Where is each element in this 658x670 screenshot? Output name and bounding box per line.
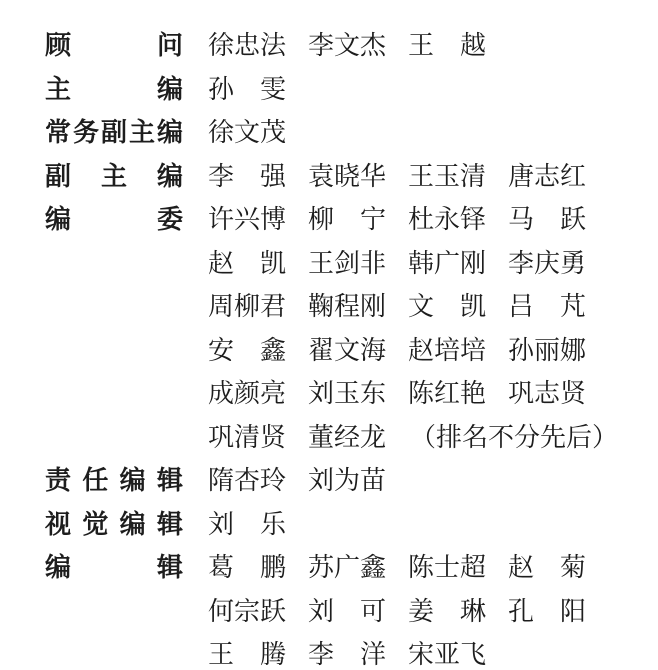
board-row: 周柳君鞠程刚文凯吕芃	[45, 283, 658, 327]
person-name: 唐志红	[508, 156, 586, 193]
role-label-char: 责	[45, 460, 71, 497]
board-row: 常务副主编徐文茂	[45, 109, 658, 153]
person-name-char: 兴	[234, 199, 260, 236]
role-label-char: 副	[45, 156, 71, 193]
person-name-char: 鑫	[360, 547, 386, 584]
role-label: 副主编	[45, 156, 183, 193]
person-name-char: 君	[260, 286, 286, 323]
role-label-char: 主	[101, 156, 127, 193]
person-name: 巩志贤	[508, 373, 586, 410]
role-label-char: 副	[101, 112, 127, 149]
person-name-char: 吕	[508, 286, 534, 323]
person-name-char: 颜	[234, 373, 260, 410]
person-name-char: 李	[308, 25, 334, 62]
role-label: 编辑	[45, 547, 183, 584]
person-name-char: 阳	[560, 591, 586, 628]
person-name-char: 志	[534, 373, 560, 410]
person-name-char: 博	[260, 199, 286, 236]
person-name-char: 凯	[460, 286, 486, 323]
person-name: 许兴博	[208, 199, 286, 236]
person-name: 赵培培	[408, 330, 486, 367]
person-name-char: 龙	[360, 417, 386, 454]
person-name-char: 孙	[508, 330, 534, 367]
person-name-char: 贤	[260, 417, 286, 454]
person-name: 姜琳	[408, 591, 486, 628]
person-name-char: 杏	[234, 460, 260, 497]
person-name-char: 洋	[360, 634, 386, 670]
person-name-char: 鹏	[260, 547, 286, 584]
role-label-char: 任	[82, 460, 108, 497]
person-name: 隋杏玲	[208, 460, 286, 497]
person-name-char: 茂	[260, 112, 286, 149]
person-name-char: 丽	[534, 330, 560, 367]
role-label-char: 主	[45, 69, 71, 106]
board-row: 编辑葛鹏苏广鑫陈士超赵菊	[45, 544, 658, 588]
person-name-char: 飞	[460, 634, 486, 670]
role-label-char: 编	[157, 69, 183, 106]
person-name: 巩清贤	[208, 417, 286, 454]
person-name-char: 芃	[560, 286, 586, 323]
person-name-char: 玉	[334, 373, 360, 410]
person-name: 李庆勇	[508, 243, 586, 280]
person-name-char: 宗	[234, 591, 260, 628]
role-label-char: 编	[157, 112, 183, 149]
person-name-char: 李	[508, 243, 534, 280]
person-name: 王剑非	[308, 243, 386, 280]
person-name: 王玉清	[408, 156, 486, 193]
names-list: 赵凯王剑非韩广刚李庆勇	[208, 243, 586, 280]
board-row: 编委许兴博柳宁杜永铎马跃	[45, 196, 658, 240]
person-name: 刘可	[308, 591, 386, 628]
person-name: 徐文茂	[208, 112, 286, 149]
person-name-char: 柳	[234, 286, 260, 323]
person-name-char: 越	[460, 25, 486, 62]
person-name: 李强	[208, 156, 286, 193]
editorial-board-page: { "page": { "background": "#ffffff", "te…	[0, 0, 658, 670]
person-name-char: 凯	[260, 243, 286, 280]
person-name-char: 文	[408, 286, 434, 323]
person-name: 葛鹏	[208, 547, 286, 584]
names-list: 王腾李洋宋亚飞	[208, 634, 486, 670]
person-name-char: 王	[408, 25, 434, 62]
person-name: 刘玉东	[308, 373, 386, 410]
names-list: 李强袁晓华王玉清唐志红	[208, 156, 586, 193]
names-list: 周柳君鞠程刚文凯吕芃	[208, 286, 586, 323]
person-name: 王腾	[208, 634, 286, 670]
person-name-char: 晓	[334, 156, 360, 193]
person-name-char: 清	[234, 417, 260, 454]
board-row: 何宗跃刘可姜琳孔阳	[45, 588, 658, 632]
person-name-char: 乐	[260, 504, 286, 541]
names-list: 孙雯	[208, 69, 286, 106]
person-name-char: 刚	[360, 286, 386, 323]
person-name-char: 经	[334, 417, 360, 454]
person-name-char: 红	[434, 373, 460, 410]
role-label: 编委	[45, 199, 183, 236]
person-name: 刘为苗	[308, 460, 386, 497]
ranking-note: （排名不分先后）	[410, 417, 618, 454]
role-label: 顾问	[45, 25, 183, 62]
board-row: 顾问徐忠法李文杰王越	[45, 22, 658, 66]
names-list: 徐忠法李文杰王越	[208, 25, 486, 62]
person-name-char: 杜	[408, 199, 434, 236]
person-name-char: 志	[534, 156, 560, 193]
person-name: 陈红艳	[408, 373, 486, 410]
person-name-char: 亮	[260, 373, 286, 410]
person-name-char: 培	[460, 330, 486, 367]
person-name-char: 刘	[208, 504, 234, 541]
person-name-char: 韩	[408, 243, 434, 280]
person-name: 孙雯	[208, 69, 286, 106]
person-name-char: 亚	[434, 634, 460, 670]
person-name-char: 超	[460, 547, 486, 584]
person-name: 马跃	[508, 199, 586, 236]
person-name-char: 士	[434, 547, 460, 584]
person-name-char: 苗	[360, 460, 386, 497]
person-name: 孔阳	[508, 591, 586, 628]
person-name-char: 文	[334, 330, 360, 367]
person-name: 柳宁	[308, 199, 386, 236]
names-list: 安鑫翟文海赵培培孙丽娜	[208, 330, 586, 367]
person-name-char: 鑫	[260, 330, 286, 367]
person-name-char: 玲	[260, 460, 286, 497]
person-name: 徐忠法	[208, 25, 286, 62]
person-name-char: 腾	[260, 634, 286, 670]
person-name: 李文杰	[308, 25, 386, 62]
person-name: 赵凯	[208, 243, 286, 280]
person-name: 安鑫	[208, 330, 286, 367]
person-name-char: 苏	[308, 547, 334, 584]
person-name-char: 翟	[308, 330, 334, 367]
person-name-char: 雯	[260, 69, 286, 106]
person-name-char: 跃	[260, 591, 286, 628]
role-label-char: 编	[120, 504, 146, 541]
role-label-char: 觉	[82, 504, 108, 541]
board-row: 副主编李强袁晓华王玉清唐志红	[45, 153, 658, 197]
person-name-char: 柳	[308, 199, 334, 236]
person-name-char: 娜	[560, 330, 586, 367]
person-name-char: 红	[560, 156, 586, 193]
person-name-char: 贤	[560, 373, 586, 410]
person-name-char: 铎	[460, 199, 486, 236]
person-name-char: 董	[308, 417, 334, 454]
person-name-char: 艳	[460, 373, 486, 410]
person-name-char: 巩	[508, 373, 534, 410]
role-label-char: 辑	[157, 460, 183, 497]
role-label: 常务副主编	[45, 112, 183, 149]
person-name: 周柳君	[208, 286, 286, 323]
person-name: 陈士超	[408, 547, 486, 584]
person-name-char: 华	[360, 156, 386, 193]
person-name: 袁晓华	[308, 156, 386, 193]
person-name-char: 可	[360, 591, 386, 628]
person-name-char: 永	[434, 199, 460, 236]
person-name: 苏广鑫	[308, 547, 386, 584]
names-list: 徐文茂	[208, 112, 286, 149]
role-label-char: 视	[45, 504, 71, 541]
person-name: 刘乐	[208, 504, 286, 541]
person-name-char: 培	[434, 330, 460, 367]
editorial-board: 顾问徐忠法李文杰王越主编孙雯常务副主编徐文茂副主编李强袁晓华王玉清唐志红编委许兴…	[0, 0, 658, 670]
person-name-char: 赵	[208, 243, 234, 280]
person-name: 杜永铎	[408, 199, 486, 236]
person-name-char: 强	[260, 156, 286, 193]
person-name-char: 马	[508, 199, 534, 236]
person-name-char: 鞠	[308, 286, 334, 323]
person-name: 董经龙	[308, 417, 386, 454]
person-name-char: 周	[208, 286, 234, 323]
person-name-char: 安	[208, 330, 234, 367]
person-name-char: 王	[408, 156, 434, 193]
role-label: 主编	[45, 69, 183, 106]
person-name-char: 成	[208, 373, 234, 410]
person-name-char: 赵	[508, 547, 534, 584]
board-row: 王腾李洋宋亚飞	[45, 631, 658, 670]
person-name-char: 跃	[560, 199, 586, 236]
person-name: 成颜亮	[208, 373, 286, 410]
person-name-char: 刘	[308, 460, 334, 497]
names-list: 巩清贤董经龙（排名不分先后）	[208, 417, 618, 454]
person-name-char: 广	[334, 547, 360, 584]
person-name-char: 李	[208, 156, 234, 193]
person-name-char: 剑	[334, 243, 360, 280]
person-name-char: 许	[208, 199, 234, 236]
person-name: 宋亚飞	[408, 634, 486, 670]
role-label-char: 编	[45, 547, 71, 584]
person-name-char: 刘	[308, 373, 334, 410]
role-label-char: 常	[45, 112, 71, 149]
person-name: 鞠程刚	[308, 286, 386, 323]
person-name-char: 刘	[308, 591, 334, 628]
role-label: 视觉编辑	[45, 504, 183, 541]
person-name-char: 文	[234, 112, 260, 149]
person-name-char: 勇	[560, 243, 586, 280]
role-label-char: 委	[157, 199, 183, 236]
person-name: 韩广刚	[408, 243, 486, 280]
person-name-char: 宋	[408, 634, 434, 670]
person-name-char: 王	[308, 243, 334, 280]
person-name-char: 李	[308, 634, 334, 670]
board-row: 视觉编辑刘乐	[45, 501, 658, 545]
board-row: 巩清贤董经龙（排名不分先后）	[45, 414, 658, 458]
role-label-char: 务	[73, 112, 99, 149]
person-name-char: 宁	[360, 199, 386, 236]
person-name-char: 文	[334, 25, 360, 62]
person-name-char: 玉	[434, 156, 460, 193]
person-name-char: 隋	[208, 460, 234, 497]
person-name: 孙丽娜	[508, 330, 586, 367]
board-row: 责任编辑隋杏玲刘为苗	[45, 457, 658, 501]
person-name-char: 何	[208, 591, 234, 628]
board-row: 安鑫翟文海赵培培孙丽娜	[45, 327, 658, 371]
person-name: 文凯	[408, 286, 486, 323]
board-row: 赵凯王剑非韩广刚李庆勇	[45, 240, 658, 284]
role-label-char: 主	[129, 112, 155, 149]
board-row: 成颜亮刘玉东陈红艳巩志贤	[45, 370, 658, 414]
names-list: 葛鹏苏广鑫陈士超赵菊	[208, 547, 586, 584]
names-list: 许兴博柳宁杜永铎马跃	[208, 199, 586, 236]
person-name-char: 忠	[234, 25, 260, 62]
person-name-char: 杰	[360, 25, 386, 62]
role-label-char: 编	[45, 199, 71, 236]
person-name-char: 菊	[560, 547, 586, 584]
role-label-char: 辑	[157, 504, 183, 541]
person-name-char: 赵	[408, 330, 434, 367]
person-name-char: 刚	[460, 243, 486, 280]
names-list: 隋杏玲刘为苗	[208, 460, 386, 497]
person-name-char: 葛	[208, 547, 234, 584]
names-list: 成颜亮刘玉东陈红艳巩志贤	[208, 373, 586, 410]
role-label-char: 编	[157, 156, 183, 193]
person-name-char: 法	[260, 25, 286, 62]
person-name-char: 庆	[534, 243, 560, 280]
person-name: 翟文海	[308, 330, 386, 367]
person-name: 何宗跃	[208, 591, 286, 628]
person-name-char: 琳	[460, 591, 486, 628]
person-name-char: 王	[208, 634, 234, 670]
person-name-char: 为	[334, 460, 360, 497]
person-name-char: 非	[360, 243, 386, 280]
person-name-char: 唐	[508, 156, 534, 193]
person-name: 赵菊	[508, 547, 586, 584]
person-name-char: 清	[460, 156, 486, 193]
person-name: 李洋	[308, 634, 386, 670]
person-name-char: 巩	[208, 417, 234, 454]
person-name-char: 孙	[208, 69, 234, 106]
person-name-char: 程	[334, 286, 360, 323]
role-label-char: 顾	[45, 25, 71, 62]
role-label: 责任编辑	[45, 460, 183, 497]
person-name-char: 陈	[408, 547, 434, 584]
names-list: 刘乐	[208, 504, 286, 541]
person-name-char: 广	[434, 243, 460, 280]
board-row: 主编孙雯	[45, 66, 658, 110]
person-name: 王越	[408, 25, 486, 62]
person-name: 吕芃	[508, 286, 586, 323]
person-name-char: 孔	[508, 591, 534, 628]
person-name-char: 海	[360, 330, 386, 367]
role-label-char: 问	[157, 25, 183, 62]
person-name-char: 徐	[208, 112, 234, 149]
person-name-char: 陈	[408, 373, 434, 410]
person-name-char: 东	[360, 373, 386, 410]
person-name-char: 袁	[308, 156, 334, 193]
names-list: 何宗跃刘可姜琳孔阳	[208, 591, 586, 628]
person-name-char: 徐	[208, 25, 234, 62]
role-label-char: 编	[120, 460, 146, 497]
person-name-char: 姜	[408, 591, 434, 628]
role-label-char: 辑	[157, 547, 183, 584]
